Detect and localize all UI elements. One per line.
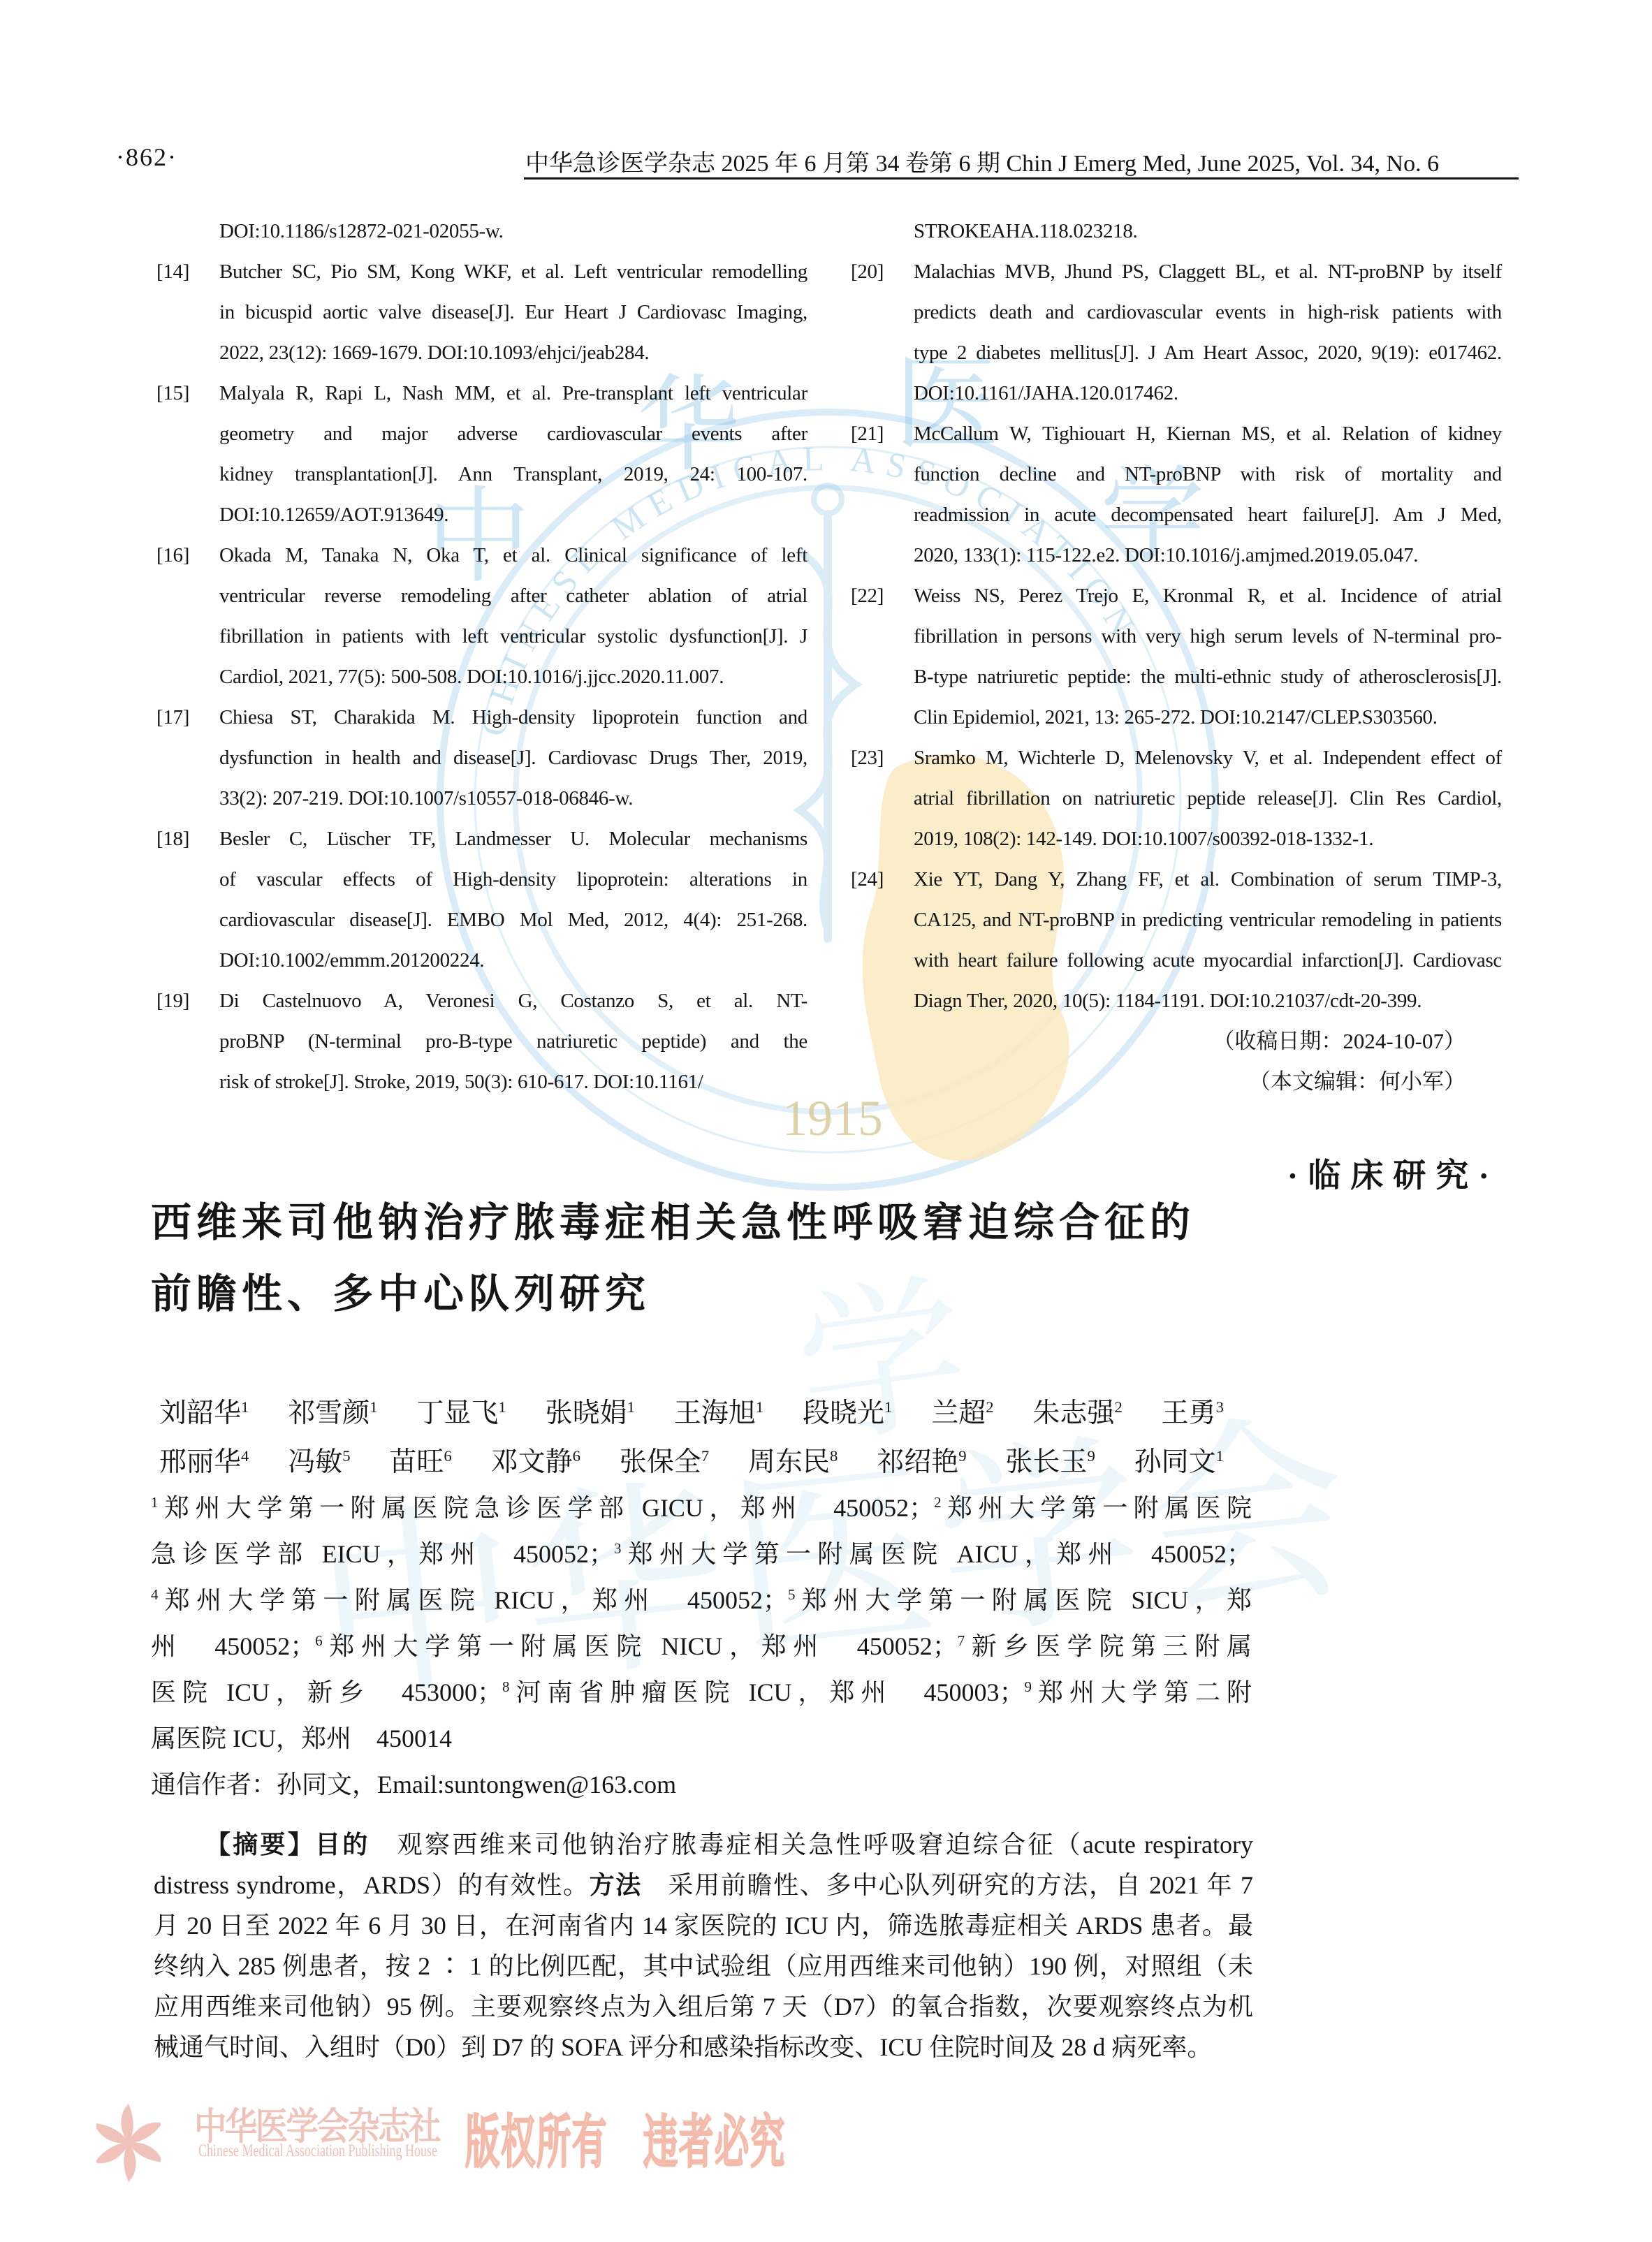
superscript: 3 bbox=[614, 1540, 621, 1557]
reference-line: Di Castelnuovo A, Veronesi G, Costanzo S… bbox=[219, 981, 807, 1021]
author-superscript: 1 bbox=[241, 1398, 249, 1416]
text-run: 郑州大学第一附属医院 RICU，郑州 450052； bbox=[158, 1586, 788, 1614]
editor-note: （本文编辑：何小军） bbox=[851, 1062, 1502, 1102]
reference-line: of vascular effects of High-density lipo… bbox=[219, 859, 807, 900]
author-name: 张保全7 bbox=[620, 1440, 709, 1479]
reference-line: in bicuspid aortic valve disease[J]. Eur… bbox=[219, 292, 807, 332]
reference-line: Diagn Ther, 2020, 10(5): 1184-1191. DOI:… bbox=[914, 981, 1502, 1021]
reference-number: [15] bbox=[156, 373, 215, 413]
reference-line: Besler C, Lüscher TF, Landmesser U. Mole… bbox=[219, 819, 807, 859]
reference-item: [22]Weiss NS, Perez Trejo E, Kronmal R, … bbox=[851, 576, 1502, 738]
publisher-name-cn: 中华医学会杂志社 bbox=[194, 2097, 439, 2151]
reference-item: STROKEAHA.118.023218. bbox=[851, 211, 1502, 251]
reference-line: B-type natriuretic peptide: the multi-et… bbox=[914, 657, 1502, 697]
author-line: 邢丽华4冯敏5苗旺6邓文静6张保全7周东民8祁绍艳9张长玉9孙同文1 bbox=[159, 1440, 1224, 1489]
superscript: 7 bbox=[958, 1632, 965, 1649]
author-superscript: 2 bbox=[1114, 1398, 1122, 1416]
reference-line: proBNP (N-terminal pro-B-type natriureti… bbox=[219, 1021, 807, 1062]
author-superscript: 3 bbox=[1216, 1398, 1224, 1416]
superscript: 4 bbox=[151, 1586, 158, 1603]
reference-item: [18]Besler C, Lüscher TF, Landmesser U. … bbox=[156, 819, 807, 981]
reference-number: [20] bbox=[851, 251, 909, 292]
text-run: 新乡医学院第三附属 bbox=[965, 1632, 1252, 1660]
abstract-line: 月 20 日至 2022 年 6 月 30 日，在河南省内 14 家医院的 IC… bbox=[154, 1905, 1253, 1946]
text-run: 终纳入 285 例患者，按 2 ∶ 1 的比例匹配，其中试验组（应用西维来司他钠… bbox=[154, 1952, 1253, 1980]
reference-line: McCallum W, Tighiouart H, Kiernan MS, et… bbox=[914, 413, 1502, 454]
reference-number: [19] bbox=[156, 981, 215, 1021]
reference-number: [14] bbox=[156, 251, 215, 292]
text-run: 采用前瞻性、多中心队列研究的方法，自 2021 年 7 bbox=[642, 1871, 1253, 1899]
bold-run: 方法 bbox=[590, 1870, 642, 1899]
author-superscript: 9 bbox=[958, 1447, 966, 1465]
reference-item: [19]Di Castelnuovo A, Veronesi G, Costan… bbox=[156, 981, 807, 1102]
reference-line: Malyala R, Rapi L, Nash MM, et al. Pre-t… bbox=[219, 373, 807, 413]
author-name: 王勇3 bbox=[1162, 1391, 1224, 1430]
reference-item: DOI:10.1186/s12872-021-02055-w. bbox=[156, 211, 807, 251]
article-title-line2: 前瞻性、多中心队列研究 bbox=[151, 1259, 1269, 1330]
journal-citation: 中华急诊医学杂志 2025 年 6 月第 34 卷第 6 期 Chin J Em… bbox=[525, 144, 1439, 178]
snake-icon bbox=[800, 552, 856, 929]
text-run: 械通气时间、入组时（D0）到 D7 的 SOFA 评分和感染指标改变、ICU 住… bbox=[154, 2033, 1212, 2061]
superscript: 2 bbox=[934, 1494, 941, 1511]
publisher-watermark: 中华医学会杂志社 Chinese Medical Association Pub… bbox=[96, 2095, 865, 2221]
article-title: 西维来司他钠治疗脓毒症相关急性呼吸窘迫综合征的 前瞻性、多中心队列研究 bbox=[151, 1187, 1269, 1330]
author-name: 孙同文1 bbox=[1134, 1440, 1224, 1479]
author-name: 周东民8 bbox=[748, 1440, 838, 1479]
affiliation-line: 医院 ICU，新乡 453000；8河南省肿瘤医院 ICU，郑州 450003；… bbox=[151, 1669, 1252, 1715]
staff-icon bbox=[824, 510, 832, 943]
author-name: 朱志强2 bbox=[1032, 1391, 1122, 1430]
reference-line: DOI:10.1002/emmm.201200224. bbox=[219, 940, 807, 981]
author-superscript: 4 bbox=[241, 1447, 249, 1465]
received-date: （收稿日期：2024-10-07） bbox=[851, 1021, 1502, 1062]
reference-line: predicts death and cardiovascular events… bbox=[914, 292, 1502, 332]
abstract-line: distress syndrome，ARDS）的有效性。方法 采用前瞻性、多中心… bbox=[154, 1865, 1253, 1905]
reference-line: risk of stroke[J]. Stroke, 2019, 50(3): … bbox=[219, 1062, 807, 1102]
reference-number: [23] bbox=[851, 738, 909, 778]
reference-line: type 2 diabetes mellitus[J]. J Am Heart … bbox=[914, 332, 1502, 373]
copyright-notice: 版权所有 违者必究 bbox=[465, 2097, 786, 2178]
reference-line: DOI:10.1161/JAHA.120.017462. bbox=[914, 373, 1502, 413]
author-superscript: 1 bbox=[627, 1398, 635, 1416]
reference-line: geometry and major adverse cardiovascula… bbox=[219, 413, 807, 454]
reference-line: fibrillation in persons with very high s… bbox=[914, 616, 1502, 657]
text-run: 州 450052； bbox=[151, 1632, 315, 1660]
text-run: 郑州大学第一附属医院 AICU，郑州 450052； bbox=[621, 1540, 1252, 1568]
affiliation-line: 4郑州大学第一附属医院 RICU，郑州 450052；5郑州大学第一附属医院 S… bbox=[151, 1577, 1252, 1623]
author-name: 祁绍艳9 bbox=[877, 1440, 966, 1479]
abstract-line: 【摘要】目的 观察西维来司他钠治疗脓毒症相关急性呼吸窘迫综合征（acute re… bbox=[154, 1824, 1253, 1865]
reference-line: kidney transplantation[J]. Ann Transplan… bbox=[219, 454, 807, 494]
author-superscript: 1 bbox=[756, 1398, 763, 1416]
text-run: 郑州大学第一附属医院 bbox=[942, 1494, 1252, 1522]
references-left-column: DOI:10.1186/s12872-021-02055-w.[14]Butch… bbox=[156, 211, 807, 1102]
author-name: 兰超2 bbox=[931, 1391, 993, 1430]
author-name: 冯敏5 bbox=[288, 1440, 350, 1479]
abstract-line: 械通气时间、入组时（D0）到 D7 的 SOFA 评分和感染指标改变、ICU 住… bbox=[154, 2027, 1253, 2067]
reference-item: [16]Okada M, Tanaka N, Oka T, et al. Cli… bbox=[156, 535, 807, 697]
text-run: 郑州大学第一附属医院 SICU，郑 bbox=[795, 1586, 1252, 1614]
superscript: 8 bbox=[502, 1678, 509, 1695]
reference-line: Weiss NS, Perez Trejo E, Kronmal R, et a… bbox=[914, 576, 1502, 616]
affiliation-line: 属医院 ICU，郑州 450014 bbox=[151, 1715, 1252, 1761]
reference-line: Sramko M, Wichterle D, Melenovsky V, et … bbox=[914, 738, 1502, 778]
reference-line: function decline and NT-proBNP with risk… bbox=[914, 454, 1502, 494]
author-name: 苗旺6 bbox=[389, 1440, 451, 1479]
author-superscript: 1 bbox=[370, 1398, 377, 1416]
superscript: 1 bbox=[151, 1494, 158, 1511]
reference-item: [24]Xie YT, Dang Y, Zhang FF, et al. Com… bbox=[851, 859, 1502, 1021]
author-name: 刘韶华1 bbox=[159, 1391, 249, 1430]
reference-number: [21] bbox=[851, 413, 909, 454]
reference-line: fibrillation in patients with left ventr… bbox=[219, 616, 807, 657]
author-superscript: 8 bbox=[830, 1447, 838, 1465]
author-name: 张晓娟1 bbox=[546, 1391, 635, 1430]
author-superscript: 6 bbox=[573, 1447, 580, 1465]
affiliation-line: 州 450052；6郑州大学第一附属医院 NICU，郑州 450052；7新乡医… bbox=[151, 1623, 1252, 1669]
reference-line: 2022, 23(12): 1669-1679. DOI:10.1093/ehj… bbox=[219, 332, 807, 373]
reference-line: Xie YT, Dang Y, Zhang FF, et al. Combina… bbox=[914, 859, 1502, 900]
text-run: 河南省肿瘤医院 ICU，郑州 450003； bbox=[509, 1678, 1024, 1706]
publisher-name-en: Chinese Medical Association Publishing H… bbox=[198, 2141, 437, 2161]
text-run: 应用西维来司他钠）95 例。主要观察终点为入组后第 7 天（D7）的氧合指数，次… bbox=[154, 1993, 1253, 2021]
affiliations: 1郑州大学第一附属医院急诊医学部 GICU，郑州 450052；2郑州大学第一附… bbox=[151, 1485, 1252, 1808]
reference-line: Chiesa ST, Charakida M. High-density lip… bbox=[219, 697, 807, 738]
reference-line: atrial fibrillation on natriuretic pepti… bbox=[914, 778, 1502, 819]
reference-line: 33(2): 207-219. DOI:10.1007/s10557-018-0… bbox=[219, 778, 807, 819]
reference-line: readmission in acute decompensated heart… bbox=[914, 494, 1502, 535]
author-name: 邓文静6 bbox=[491, 1440, 580, 1479]
reference-line: Malachias MVB, Jhund PS, Claggett BL, et… bbox=[914, 251, 1502, 292]
author-name: 段晓光1 bbox=[803, 1391, 892, 1430]
section-label: ·临床研究· bbox=[1287, 1150, 1499, 1196]
reference-item: [14]Butcher SC, Pio SM, Kong WKF, et al.… bbox=[156, 251, 807, 373]
superscript: 6 bbox=[315, 1632, 322, 1649]
journal-page: 中 华 医 学 CHINESE MEDICAL ASSOCIATION 1915… bbox=[0, 0, 1652, 2242]
staff-head-icon bbox=[814, 485, 842, 513]
reference-line: 2019, 108(2): 142-149. DOI:10.1007/s0039… bbox=[914, 819, 1502, 859]
text-run: 属医院 ICU，郑州 450014 bbox=[151, 1724, 452, 1752]
author-superscript: 2 bbox=[986, 1398, 993, 1416]
reference-item: [21]McCallum W, Tighiouart H, Kiernan MS… bbox=[851, 413, 1502, 576]
text-run: distress syndrome，ARDS）的有效性。 bbox=[154, 1871, 590, 1899]
author-name: 邢丽华4 bbox=[159, 1440, 249, 1479]
reference-line: 2020, 133(1): 115-122.e2. DOI:10.1016/j.… bbox=[914, 535, 1502, 576]
text-run: 急诊医学部 EICU，郑州 450052； bbox=[151, 1540, 614, 1568]
reference-line: Okada M, Tanaka N, Oka T, et al. Clinica… bbox=[219, 535, 807, 576]
author-list: 刘韶华1祁雪颜1丁显飞1张晓娟1王海旭1段晓光1兰超2朱志强2王勇3邢丽华4冯敏… bbox=[159, 1391, 1224, 1489]
author-superscript: 7 bbox=[701, 1447, 709, 1465]
text-run: 郑州大学第一附属医院 NICU，郑州 450052； bbox=[323, 1632, 958, 1660]
author-line: 刘韶华1祁雪颜1丁显飞1张晓娟1王海旭1段晓光1兰超2朱志强2王勇3 bbox=[159, 1391, 1224, 1440]
reference-line: DOI:10.1186/s12872-021-02055-w. bbox=[219, 211, 807, 251]
author-superscript: 9 bbox=[1087, 1447, 1095, 1465]
author-superscript: 6 bbox=[444, 1447, 451, 1465]
abstract: 【摘要】目的 观察西维来司他钠治疗脓毒症相关急性呼吸窘迫综合征（acute re… bbox=[154, 1824, 1253, 2067]
author-superscript: 5 bbox=[342, 1447, 350, 1465]
reference-line: Clin Epidemiol, 2021, 13: 265-272. DOI:1… bbox=[914, 697, 1502, 738]
reference-line: STROKEAHA.118.023218. bbox=[914, 211, 1502, 251]
reference-item: [23]Sramko M, Wichterle D, Melenovsky V,… bbox=[851, 738, 1502, 859]
reference-number: [16] bbox=[156, 535, 215, 576]
reference-item: [15]Malyala R, Rapi L, Nash MM, et al. P… bbox=[156, 373, 807, 535]
abstract-line: 应用西维来司他钠）95 例。主要观察终点为入组后第 7 天（D7）的氧合指数，次… bbox=[154, 1986, 1253, 2027]
text-run: 郑州大学第二附 bbox=[1032, 1678, 1252, 1706]
abstract-line: 终纳入 285 例患者，按 2 ∶ 1 的比例匹配，其中试验组（应用西维来司他钠… bbox=[154, 1946, 1253, 1986]
correspondence-line: 通信作者：孙同文，Email:suntongwen@163.com bbox=[151, 1761, 1252, 1808]
affiliation-line: 1郑州大学第一附属医院急诊医学部 GICU，郑州 450052；2郑州大学第一附… bbox=[151, 1485, 1252, 1531]
reference-item: [17]Chiesa ST, Charakida M. High-density… bbox=[156, 697, 807, 819]
author-name: 丁显飞1 bbox=[416, 1391, 506, 1430]
author-superscript: 1 bbox=[498, 1398, 506, 1416]
reference-item: [20]Malachias MVB, Jhund PS, Claggett BL… bbox=[851, 251, 1502, 413]
author-superscript: 1 bbox=[884, 1398, 892, 1416]
text-run: 郑州大学第一附属医院急诊医学部 GICU，郑州 450052； bbox=[158, 1494, 934, 1522]
text-run: 医院 ICU，新乡 453000； bbox=[151, 1678, 502, 1706]
reference-line: dysfunction in health and disease[J]. Ca… bbox=[219, 738, 807, 778]
publisher-spiral-icon bbox=[96, 2100, 161, 2182]
header-rule bbox=[524, 177, 1519, 179]
reference-number: [17] bbox=[156, 697, 215, 738]
reference-line: Cardiol, 2021, 77(5): 500-508. DOI:10.10… bbox=[219, 657, 807, 697]
author-name: 王海旭1 bbox=[674, 1391, 763, 1430]
reference-line: with heart failure following acute myoca… bbox=[914, 940, 1502, 981]
affiliation-line: 急诊医学部 EICU，郑州 450052；3郑州大学第一附属医院 AICU，郑州… bbox=[151, 1531, 1252, 1577]
superscript: 9 bbox=[1025, 1678, 1032, 1695]
author-superscript: 1 bbox=[1216, 1447, 1224, 1465]
text-run: 观察西维来司他钠治疗脓毒症相关急性呼吸窘迫综合征（acute respirato… bbox=[370, 1831, 1253, 1859]
text-run: 月 20 日至 2022 年 6 月 30 日，在河南省内 14 家医院的 IC… bbox=[154, 1912, 1253, 1940]
reference-number: [22] bbox=[851, 576, 909, 616]
author-name: 祁雪颜1 bbox=[288, 1391, 377, 1430]
reference-number: [18] bbox=[156, 819, 215, 859]
page-number: ·862· bbox=[116, 142, 177, 172]
reference-line: ventricular reverse remodeling after cat… bbox=[219, 576, 807, 616]
article-title-line1: 西维来司他钠治疗脓毒症相关急性呼吸窘迫综合征的 bbox=[151, 1187, 1269, 1259]
bold-run: 【摘要】目的 bbox=[205, 1830, 370, 1859]
references-right-column: STROKEAHA.118.023218.[20]Malachias MVB, … bbox=[851, 211, 1502, 1102]
reference-line: CA125, and NT-proBNP in predicting ventr… bbox=[914, 900, 1502, 940]
reference-line: Butcher SC, Pio SM, Kong WKF, et al. Lef… bbox=[219, 251, 807, 292]
author-name: 张长玉9 bbox=[1005, 1440, 1095, 1479]
reference-line: DOI:10.12659/AOT.913649. bbox=[219, 494, 807, 535]
superscript: 5 bbox=[788, 1586, 795, 1603]
reference-number: [24] bbox=[851, 859, 909, 900]
references-right-list: STROKEAHA.118.023218.[20]Malachias MVB, … bbox=[851, 211, 1502, 1021]
reference-line: cardiovascular disease[J]. EMBO Mol Med,… bbox=[219, 900, 807, 940]
